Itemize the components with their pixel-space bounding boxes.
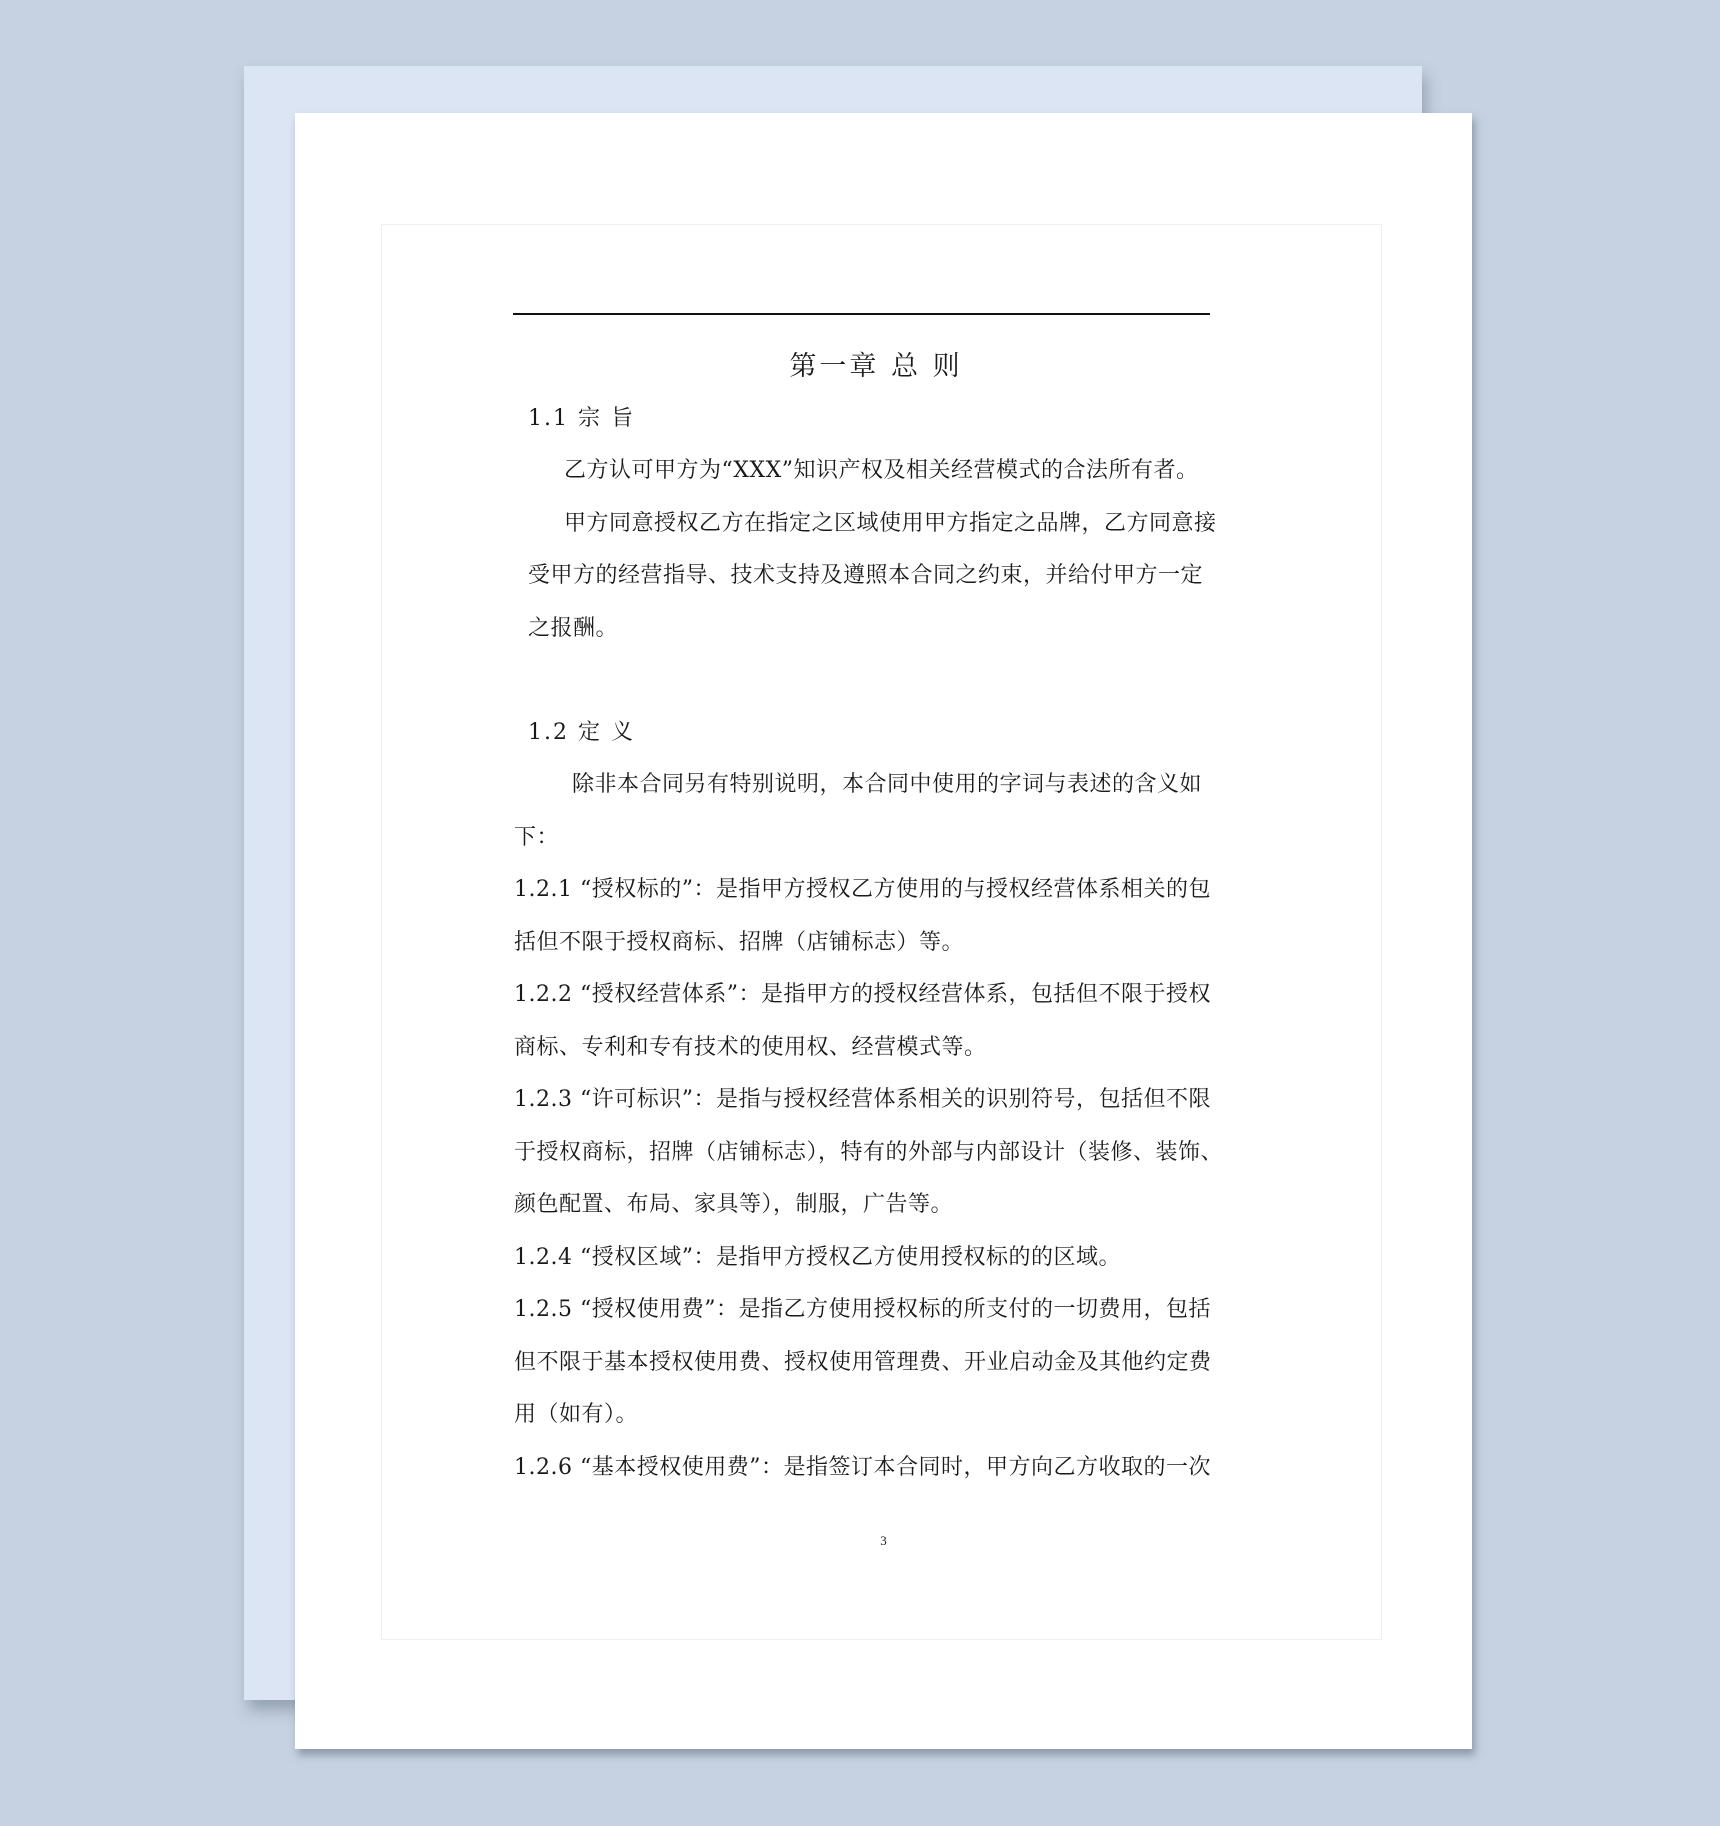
paragraph-line: 用（如有）。 (514, 1389, 1238, 1442)
paragraph-line: 乙方认可甲方为“XXX”知识产权及相关经营模式的合法所有者。 (528, 445, 1238, 498)
paragraph-definitions-intro: 除非本合同另有特别说明，本合同中使用的字词与表述的含义如 下： (514, 759, 1238, 864)
paragraph-line: 受甲方的经营指导、技术支持及遵照本合同之约束，并给付甲方一定 (528, 550, 1238, 603)
paragraph-line: 1.2.6 “基本授权使用费”：是指签订本合同时，甲方向乙方收取的一次 (514, 1442, 1238, 1495)
blank-line (514, 655, 1238, 707)
document-page: 第一章 总 则 1.1 宗 旨 乙方认可甲方为“XXX”知识产权及相关经营模式的… (295, 113, 1472, 1749)
paragraph-line: 1.2.1 “授权标的”：是指甲方授权乙方使用的与授权经营体系相关的包 (514, 864, 1238, 917)
header-rule (513, 313, 1210, 315)
paragraph-line: 但不限于基本授权使用费、授权使用管理费、开业启动金及其他约定费 (514, 1337, 1238, 1390)
paragraph-line: 1.2.4 “授权区域”：是指甲方授权乙方使用授权标的的区域。 (514, 1232, 1238, 1285)
definition-1-2-6: 1.2.6 “基本授权使用费”：是指签订本合同时，甲方向乙方收取的一次 (514, 1442, 1238, 1495)
paragraph-line: 颜色配置、布局、家具等），制服，广告等。 (514, 1179, 1238, 1232)
section-heading-1-2: 1.2 定 义 (514, 707, 1238, 759)
definition-1-2-4: 1.2.4 “授权区域”：是指甲方授权乙方使用授权标的的区域。 (514, 1232, 1238, 1285)
paragraph-line: 1.2.2 “授权经营体系”：是指甲方的授权经营体系，包括但不限于授权 (514, 969, 1238, 1022)
paragraph-line: 之报酬。 (528, 603, 1238, 656)
paragraph-line: 1.2.3 “许可标识”：是指与授权经营体系相关的识别符号，包括但不限 (514, 1074, 1238, 1127)
page-content: 第一章 总 则 1.1 宗 旨 乙方认可甲方为“XXX”知识产权及相关经营模式的… (514, 341, 1238, 1494)
paragraph-line: 1.2.5 “授权使用费”：是指乙方使用授权标的所支付的一切费用，包括 (514, 1284, 1238, 1337)
definition-1-2-3: 1.2.3 “许可标识”：是指与授权经营体系相关的识别符号，包括但不限 于授权商… (514, 1074, 1238, 1232)
definition-1-2-1: 1.2.1 “授权标的”：是指甲方授权乙方使用的与授权经营体系相关的包 括但不限… (514, 864, 1238, 969)
page-number: 3 (295, 1533, 1472, 1549)
definition-1-2-5: 1.2.5 “授权使用费”：是指乙方使用授权标的所支付的一切费用，包括 但不限于… (514, 1284, 1238, 1442)
chapter-title: 第一章 总 则 (514, 341, 1238, 393)
paragraph-purpose-1: 乙方认可甲方为“XXX”知识产权及相关经营模式的合法所有者。 (514, 445, 1238, 498)
section-heading-1-1: 1.1 宗 旨 (514, 393, 1238, 445)
paragraph-line: 括但不限于授权商标、招牌（店铺标志）等。 (514, 917, 1238, 970)
paragraph-line: 甲方同意授权乙方在指定之区域使用甲方指定之品牌，乙方同意接 (528, 498, 1238, 551)
definition-1-2-2: 1.2.2 “授权经营体系”：是指甲方的授权经营体系，包括但不限于授权 商标、专… (514, 969, 1238, 1074)
paragraph-line: 下： (514, 812, 1238, 865)
paragraph-purpose-2: 甲方同意授权乙方在指定之区域使用甲方指定之品牌，乙方同意接 受甲方的经营指导、技… (514, 498, 1238, 656)
paragraph-line: 商标、专利和专有技术的使用权、经营模式等。 (514, 1022, 1238, 1075)
paragraph-line: 除非本合同另有特别说明，本合同中使用的字词与表述的含义如 (514, 759, 1238, 812)
paragraph-line: 于授权商标，招牌（店铺标志），特有的外部与内部设计（装修、装饰、 (514, 1127, 1238, 1180)
